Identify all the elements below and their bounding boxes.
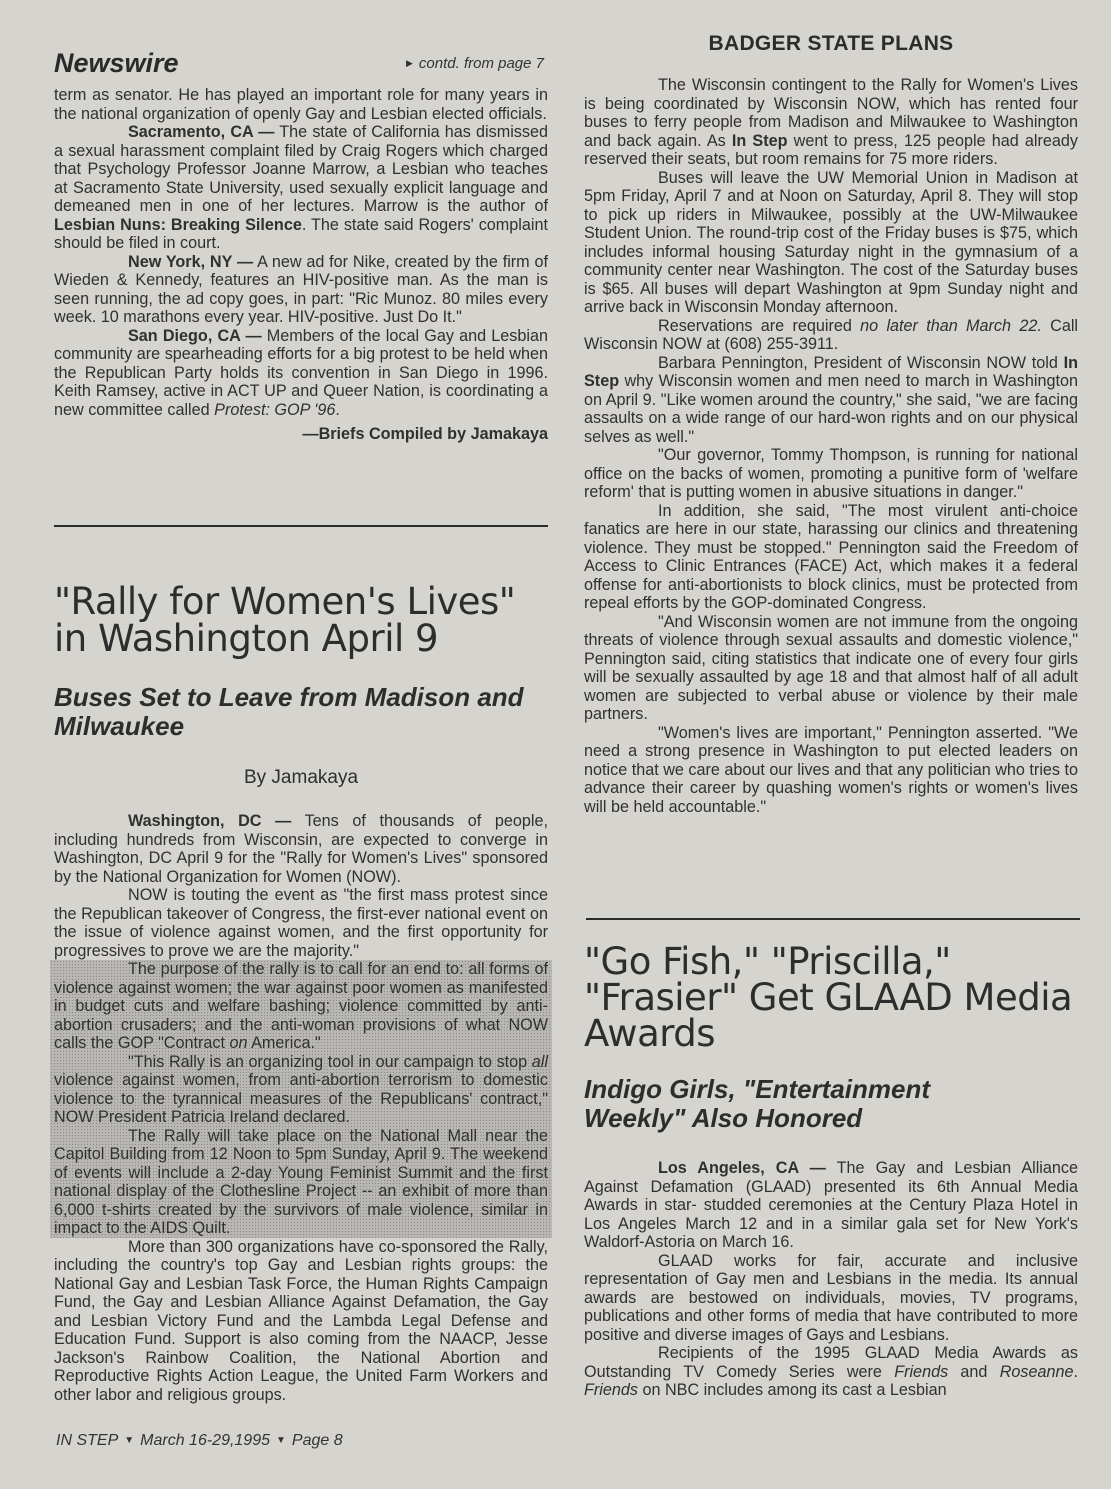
article-subheadline: Indigo Girls, "Entertainment Weekly" Als…	[584, 1075, 1004, 1133]
article-paragraph: Recipients of the 1995 GLAAD Media Award…	[584, 1344, 1078, 1400]
rally-article-body: Washington, DC — Tens of thousands of pe…	[54, 812, 548, 1404]
article-byline: By Jamakaya	[54, 767, 548, 789]
triangle-right-icon: ▶	[406, 58, 413, 68]
article-headline: "Rally for Women's Lives" in Washington …	[54, 583, 548, 657]
continued-from-note: ▶contd. from page 7	[406, 55, 544, 72]
article-paragraph: "This Rally is an organizing tool in our…	[54, 1053, 548, 1127]
article-paragraph: Washington, DC — Tens of thousands of pe…	[54, 812, 548, 886]
shaded-callout: The purpose of the rally is to call for …	[50, 960, 552, 1238]
article-paragraph: Los Angeles, CA — The Gay and Lesbian Al…	[584, 1159, 1078, 1252]
brief-sacramento: Sacramento, CA — The state of California…	[54, 123, 548, 253]
article-paragraph: In addition, she said, "The most virulen…	[584, 502, 1078, 613]
article-paragraph: More than 300 organizations have co-spon…	[54, 1238, 548, 1405]
newswire-header: Newswire ▶contd. from page 7	[54, 48, 548, 80]
sidebar-title: BADGER STATE PLANS	[584, 32, 1078, 56]
article-paragraph: GLAAD works for fair, accurate and inclu…	[584, 1252, 1078, 1345]
section-divider	[54, 525, 548, 527]
brief-paragraph: term as senator. He has played an import…	[54, 86, 548, 123]
triangle-down-icon: ▼	[276, 1435, 286, 1446]
section-title: Newswire	[54, 48, 179, 79]
brief-san-diego: San Diego, CA — Members of the local Gay…	[54, 327, 548, 420]
article-paragraph: The purpose of the rally is to call for …	[54, 960, 548, 1053]
glaad-article-body: Los Angeles, CA — The Gay and Lesbian Al…	[584, 1159, 1078, 1400]
article-headline: "Go Fish," "Priscilla," "Frasier" Get GL…	[584, 944, 1078, 1052]
article-paragraph: Buses will leave the UW Memorial Union i…	[584, 169, 1078, 317]
article-subheadline: Buses Set to Leave from Madison and Milw…	[54, 683, 548, 741]
article-paragraph: "And Wisconsin women are not immune from…	[584, 613, 1078, 724]
article-paragraph: "Women's lives are important," Penningto…	[584, 724, 1078, 817]
article-paragraph: The Rally will take place on the Nationa…	[54, 1127, 548, 1238]
newswire-briefs: term as senator. He has played an import…	[54, 86, 548, 444]
article-paragraph: Barbara Pennington, President of Wiscons…	[584, 354, 1078, 447]
article-paragraph: Reservations are required no later than …	[584, 317, 1078, 354]
section-divider	[586, 918, 1080, 920]
article-paragraph: The Wisconsin contingent to the Rally fo…	[584, 76, 1078, 169]
page-footer: IN STEP▼March 16-29,1995▼Page 8	[56, 1432, 343, 1450]
triangle-down-icon: ▼	[124, 1435, 134, 1446]
briefs-credit: —Briefs Compiled by Jamakaya	[54, 425, 548, 444]
brief-new-york: New York, NY — A new ad for Nike, create…	[54, 253, 548, 327]
article-paragraph: "Our governor, Tommy Thompson, is runnin…	[584, 446, 1078, 502]
article-paragraph: NOW is touting the event as "the first m…	[54, 886, 548, 960]
badger-state-body: The Wisconsin contingent to the Rally fo…	[584, 76, 1078, 816]
